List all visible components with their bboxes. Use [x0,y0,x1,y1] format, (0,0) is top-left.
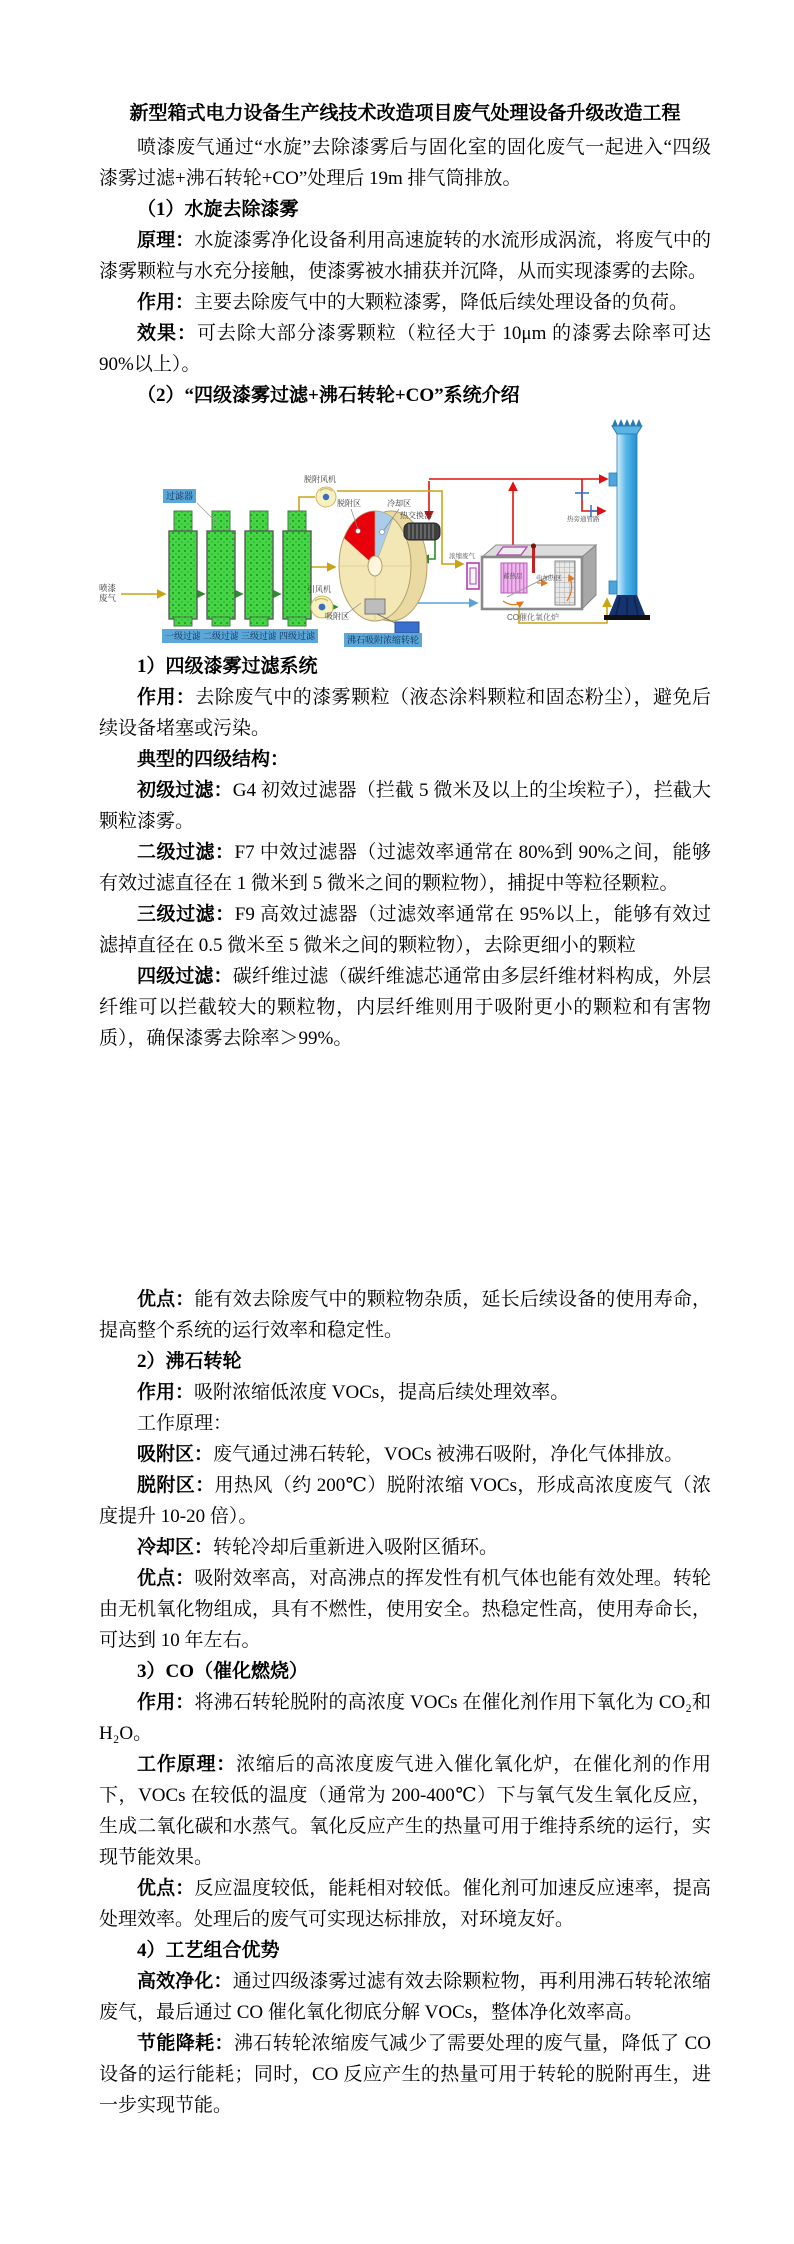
paragraph-label: 吸附区： [137,1444,213,1465]
label-filter-box: 过滤器 [163,489,196,503]
hot-gas-pipes [429,479,607,549]
paragraph: 作用：将沸石转轮脱附的高浓度 VOCs 在催化剂作用下氧化为 CO₂和 H₂O。 [99,1687,711,1749]
section-heading: （2）“四级漆雾过滤+沸石转轮+CO”系统介绍 [99,380,711,411]
paragraph: 二级过滤：F7 中效过滤器（过滤效率通常在 80%到 90%之间，能够有效过滤直… [99,837,711,899]
label-concentrated-gas: 浓缩废气 [449,553,475,561]
paragraph: 原理：水旋漆雾净化设备利用高速旋转的水流形成涡流，将废气中的漆雾颗粒与水充分接触… [99,225,711,287]
paragraph: 脱附区：用热风（约 200℃）脱附浓缩 VOCs，形成高浓度废气（浓度提升 10… [99,1470,711,1532]
filter-column-3 [245,511,273,626]
rotor-motor [395,622,419,633]
paragraph-label: 作用： [137,292,194,313]
filter-columns [169,511,311,626]
label-adsorption-zone: 吸附区 [325,612,349,622]
paragraph-label: 节能降耗： [137,2033,234,2054]
paragraph: 典型的四级结构： [99,744,711,775]
label-stage1-filter: 一级过滤 [162,629,204,643]
paragraph: 高效净化：通过四级漆雾过滤有效去除颗粒物，再利用沸石转轮浓缩废气，最后通过 CO… [99,1966,711,2028]
page-gap [99,1054,711,1284]
filter-column-4 [283,511,311,626]
page-title: 新型箱式电力设备生产线技术改造项目废气处理设备升级改造工程 [99,96,711,132]
label-stage4-filter: 四级过滤 [276,629,318,643]
paragraph: 节能降耗：沸石转轮浓缩废气减少了需要处理的废气量，降低了 CO 设备的运行能耗；… [99,2028,711,2121]
paragraph: 优点：吸附效率高，对高沸点的挥发性有机气体也能有效处理。转轮由无机氧化物组成，具… [99,1563,711,1656]
paragraph-text: 吸附浓缩低浓度 VOCs，提高后续处理效率。 [194,1382,569,1403]
paragraph-label: 优点： [137,1289,194,1310]
paragraph-label: 二级过滤： [137,842,235,863]
section-heading: 4）工艺组合优势 [99,1935,711,1966]
label-electric-heating-zone: 电加热区 [536,575,562,583]
paragraph-text: 转轮冷却后重新进入吸附区循环。 [213,1537,498,1558]
desorption-fan [316,487,336,507]
paragraph-label: 冷却区： [137,1537,213,1558]
co-furnace [467,543,596,609]
paragraph-label: 高效净化： [137,1971,233,1992]
document-body: 新型箱式电力设备生产线技术改造项目废气处理设备升级改造工程 喷漆废气通过“水旋”… [99,96,711,2121]
section-heading: 2）沸石转轮 [99,1346,711,1377]
paragraph-text: 废气通过沸石转轮，VOCs 被沸石吸附，净化气体排放。 [213,1444,683,1465]
paragraph-label: 作用： [137,687,195,708]
heat-exchanger [404,523,440,540]
catalyst-bed [555,561,575,605]
paragraph: 作用：吸附浓缩低浓度 VOCs，提高后续处理效率。 [99,1377,711,1408]
section-heading: （1）水旋去除漆雾 [99,194,711,225]
paragraph-label: 效果： [137,323,197,344]
paragraph-label: 作用： [137,1692,194,1713]
label-desorption-fan: 脱附风机 [304,475,336,485]
paragraph-label: 原理： [137,230,194,251]
diagram-canvas [99,417,789,647]
label-hot-bypass-pipe: 热旁通管路 [567,516,600,524]
paragraph-text: 工作原理： [137,1413,232,1434]
label-stage2-filter: 二级过滤 [200,629,242,643]
paragraph-label: 四级过滤： [137,966,233,987]
paragraph: 优点：反应温度较低，能耗相对较低。催化剂可加速反应速率，提高处理效率。处理后的废… [99,1873,711,1935]
paragraph-label: 优点： [137,1878,194,1899]
paragraph-text: 主要去除废气中的大颗粒漆雾，降低后续处理设备的负荷。 [194,292,688,313]
bypass-valves [575,493,597,517]
paragraph: 效果：可去除大部分漆雾颗粒（粒径大于 10μm 的漆雾去除率可达 90%以上）。 [99,318,711,380]
exhaust-stack [604,419,650,620]
filter-column-1 [169,511,197,626]
section-heading: 3）CO（催化燃烧） [99,1656,711,1687]
paragraph: 优点：能有效去除废气中的颗粒物杂质，延长后续设备的使用寿命，提高整个系统的运行效… [99,1284,711,1346]
paragraph: 初级过滤：G4 初效过滤器（拦截 5 微米及以上的尘埃粒子），拦截大颗粒漆雾。 [99,775,711,837]
label-draft-fan: 引风机 [307,585,331,595]
paragraph: 三级过滤：F9 高效过滤器（过滤效率通常在 95%以上，能够有效过滤掉直径在 0… [99,899,711,961]
electric-heater-rod [532,547,535,573]
paragraph: 吸附区：废气通过沸石转轮，VOCs 被沸石吸附，净化气体排放。 [99,1439,711,1470]
label-heat-storage-layer: 蓄热层 [503,573,523,581]
paragraph: 四级过滤：碳纤维过滤（碳纤维滤芯通常由多层纤维材料构成，外层纤维可以拦截较大的颗… [99,961,711,1054]
label-cooling-zone: 冷却区 [387,499,411,509]
paragraph-label: 三级过滤： [137,904,235,925]
document-page: { "title": "新型箱式电力设备生产线技术改造项目废气处理设备升级改造工… [0,0,794,2244]
furnace-inlet-flange [467,563,479,589]
label-heat-exchanger: 热交换器 [400,511,432,521]
paragraph-label: 作用： [137,1382,194,1403]
label-stage3-filter: 三级过滤 [238,629,280,643]
paragraph-label: 工作原理： [137,1754,236,1775]
filter-column-2 [207,511,235,626]
paragraph: 工作原理：浓缩后的高浓度废气进入催化氧化炉，在催化剂的作用下，VOCs 在较低的… [99,1749,711,1873]
paragraph-label: 优点： [137,1568,194,1589]
label-zeolite-rotor: 沸石吸附浓缩转轮 [344,633,422,647]
section-heading: 1）四级漆雾过滤系统 [99,651,711,682]
paragraph-label: 脱附区： [137,1475,215,1496]
label-inlet-gas: 喷漆废气 [99,583,119,603]
paragraph: 作用：去除废气中的漆雾颗粒（液态涂料颗粒和固态粉尘），避免后续设备堵塞或污染。 [99,682,711,744]
paragraph: 工作原理： [99,1408,711,1439]
intro-paragraph: 喷漆废气通过“水旋”去除漆雾后与固化室的固化废气一起进入“四级漆雾过滤+沸石转轮… [99,132,711,194]
paragraph: 冷却区：转轮冷却后重新进入吸附区循环。 [99,1532,711,1563]
label-desorption-zone: 脱附区 [337,499,361,509]
label-co-furnace: CO催化氧化炉 [507,613,559,623]
paragraph-label: 典型的四级结构： [137,749,289,770]
paragraph: 作用：主要去除废气中的大颗粒漆雾，降低后续处理设备的负荷。 [99,287,711,318]
process-flow-diagram: 过滤器 喷漆废气 脱附风机 脱附区 冷却区 热交换器 引风机 吸附区 一级过滤 … [99,417,789,647]
paragraph-label: 初级过滤： [137,780,233,801]
